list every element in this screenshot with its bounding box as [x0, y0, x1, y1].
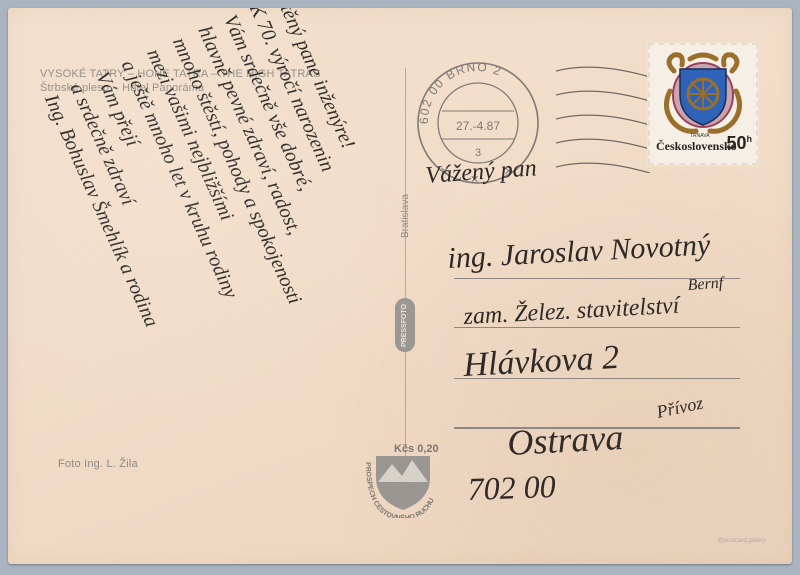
- caption-title: VYSOKÉ TATRY – HOHE TATRA – THE HIGH TAT…: [40, 68, 321, 80]
- message-line-3: hlavně pevné zdraví, radost,: [194, 23, 306, 238]
- stamp-value-unit: h: [747, 134, 753, 144]
- postmark-date: 27.-4.87: [456, 119, 500, 133]
- address-line2: zam. Želez. stavitelství: [462, 293, 682, 330]
- message-signature: Ing. Bohuslav Šmehlík a rodina: [40, 89, 165, 330]
- postmark-ring-text: 602 00 BRNO 2: [417, 60, 504, 124]
- coat-of-arms-icon: [660, 51, 746, 137]
- watermark: @postcard.gallery: [718, 538, 766, 544]
- tourism-fee-mark: Kčs 0,20 PROSPECH CESTOVNÉHO RUCHU: [348, 438, 458, 518]
- svg-text:602 00 BRNO 2: 602 00 BRNO 2: [417, 60, 504, 124]
- message-line-8: a srdečně zdraví: [66, 80, 141, 211]
- address-line-3: [454, 378, 740, 379]
- stamp-value-number: 50: [726, 133, 746, 153]
- publisher-name: PRESSFOTO: [402, 303, 409, 346]
- postmark: 602 00 BRNO 2 27.-4.87 3 ✕ ✕ ✕: [408, 53, 548, 193]
- cancel-lines: [554, 63, 654, 173]
- message-line-7: Vám přejí: [91, 68, 144, 152]
- address-city: Ostrava: [506, 417, 624, 463]
- photo-credit: Foto Ing. L. Žila: [58, 458, 138, 470]
- svg-text:✕: ✕: [440, 166, 449, 178]
- caption-subtitle: Štrbské pleso – Hotel Panoráma: [40, 82, 204, 94]
- address-line-1: [454, 278, 740, 279]
- publisher-city: Bratislava: [400, 194, 411, 238]
- message-line-1: K 70. výročí narozenin: [244, 8, 338, 175]
- stamp-value: 50h: [726, 133, 752, 154]
- address-postcode: 702 00: [467, 468, 556, 507]
- svg-text:✕: ✕: [504, 166, 513, 178]
- postage-stamp: TRNAVA Československo 50h: [648, 43, 758, 165]
- message-line-2: Vám srdečně vše dobré,: [219, 11, 317, 194]
- publisher-logo: PRESSFOTO: [395, 298, 415, 352]
- postmark-number: 3: [475, 147, 481, 159]
- message-header: Ctěný pane inženýre!: [270, 8, 359, 152]
- tourism-fee-price: Kčs 0,20: [394, 443, 439, 455]
- address-district: Přívoz: [654, 393, 705, 423]
- address-name: ing. Jaroslav Novotný: [447, 228, 712, 275]
- svg-text:✕: ✕: [470, 174, 479, 186]
- address-line-2: [454, 327, 740, 328]
- address-line-4: [454, 427, 740, 429]
- stamp-country: Československo: [656, 139, 737, 154]
- postcard: VYSOKÉ TATRY – HOHE TATRA – THE HIGH TAT…: [8, 8, 792, 564]
